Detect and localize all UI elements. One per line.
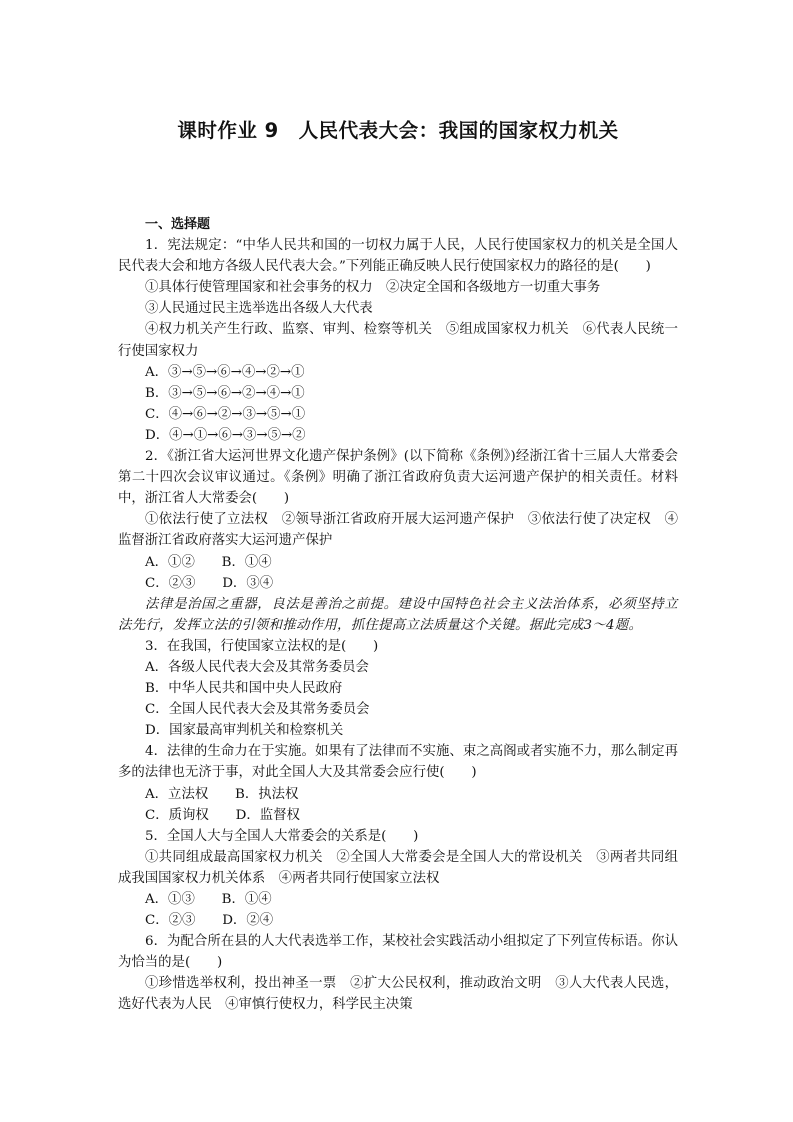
question-stem: 1．宪法规定：“中华人民共和国的一切权力属于人民，人民行使国家权力的机关是全国人… [118, 235, 678, 277]
question-items: ③人民通过民主选举选出各级人大代表 [118, 298, 678, 319]
option-a: A．③→⑤→⑥→④→②→① [118, 362, 678, 383]
question-stem: 5．全国人大与全国人大常委会的关系是( ) [118, 826, 678, 847]
question-items: ①共同组成最高国家权力机关 ②全国人大常委会是全国人大的常设机关 ③两者共同组成… [118, 847, 678, 889]
reading-material: 法律是治国之重器，良法是善治之前提。建设中国特色社会主义法治体系，必须坚持立法先… [118, 594, 678, 636]
question-3: 3．在我国，行使国家立法权的是( ) A．各级人民代表大会及其常务委员会 B．中… [118, 636, 678, 741]
question-items: ①具体行使管理国家和社会事务的权力 ②决定全国和各级地方一切重大事务 [118, 277, 678, 298]
option-b: B．③→⑤→⑥→②→④→① [118, 383, 678, 404]
option-d: D．④→①→⑥→③→⑤→② [118, 425, 678, 446]
options-row: C．②③ D．③④ [118, 573, 678, 594]
options-row: A．立法权 B．执法权 [118, 784, 678, 805]
question-items: ①依法行使了立法权 ②领导浙江省政府开展大运河遗产保护 ③依法行使了决定权 ④监… [118, 509, 678, 551]
page-title: 课时作业 9 人民代表大会：我国的国家权力机关 [118, 120, 678, 141]
document-body: 一、选择题 1．宪法规定：“中华人民共和国的一切权力属于人民，人民行使国家权力的… [118, 214, 678, 1016]
question-stem: 6．为配合所在县的人大代表选举工作，某校社会实践活动小组拟定了下列宣传标语。你认… [118, 931, 678, 973]
question-6: 6．为配合所在县的人大代表选举工作，某校社会实践活动小组拟定了下列宣传标语。你认… [118, 931, 678, 1015]
options-row: C．②③ D．②④ [118, 910, 678, 931]
question-4: 4．法律的生命力在于实施。如果有了法律而不实施、束之高阁或者实施不力，那么制定再… [118, 741, 678, 825]
options-row: C．质询权 D．监督权 [118, 805, 678, 826]
option-b: B．中华人民共和国中央人民政府 [118, 678, 678, 699]
question-stem: 4．法律的生命力在于实施。如果有了法律而不实施、束之高阁或者实施不力，那么制定再… [118, 741, 678, 783]
question-stem: 2．《浙江省大运河世界文化遗产保护条例》(以下简称《条例》)经浙江省十三届人大常… [118, 446, 678, 509]
question-stem: 3．在我国，行使国家立法权的是( ) [118, 636, 678, 657]
section-heading: 一、选择题 [118, 214, 678, 235]
question-5: 5．全国人大与全国人大常委会的关系是( ) ①共同组成最高国家权力机关 ②全国人… [118, 826, 678, 931]
question-items: ④权力机关产生行政、监察、审判、检察等机关 ⑤组成国家权力机关 ⑥代表人民统一行… [118, 319, 678, 361]
option-a: A．各级人民代表大会及其常务委员会 [118, 657, 678, 678]
option-d: D．国家最高审判机关和检察机关 [118, 720, 678, 741]
options-row: A．①③ B．①④ [118, 889, 678, 910]
question-items: ①珍惜选举权利，投出神圣一票 ②扩大公民权利，推动政治文明 ③人大代表人民选，选… [118, 973, 678, 1015]
option-c: C．全国人民代表大会及其常务委员会 [118, 699, 678, 720]
option-c: C．④→⑥→②→③→⑤→① [118, 404, 678, 425]
options-row: A．①② B．①④ [118, 552, 678, 573]
question-2: 2．《浙江省大运河世界文化遗产保护条例》(以下简称《条例》)经浙江省十三届人大常… [118, 446, 678, 594]
question-1: 1．宪法规定：“中华人民共和国的一切权力属于人民，人民行使国家权力的机关是全国人… [118, 235, 678, 446]
